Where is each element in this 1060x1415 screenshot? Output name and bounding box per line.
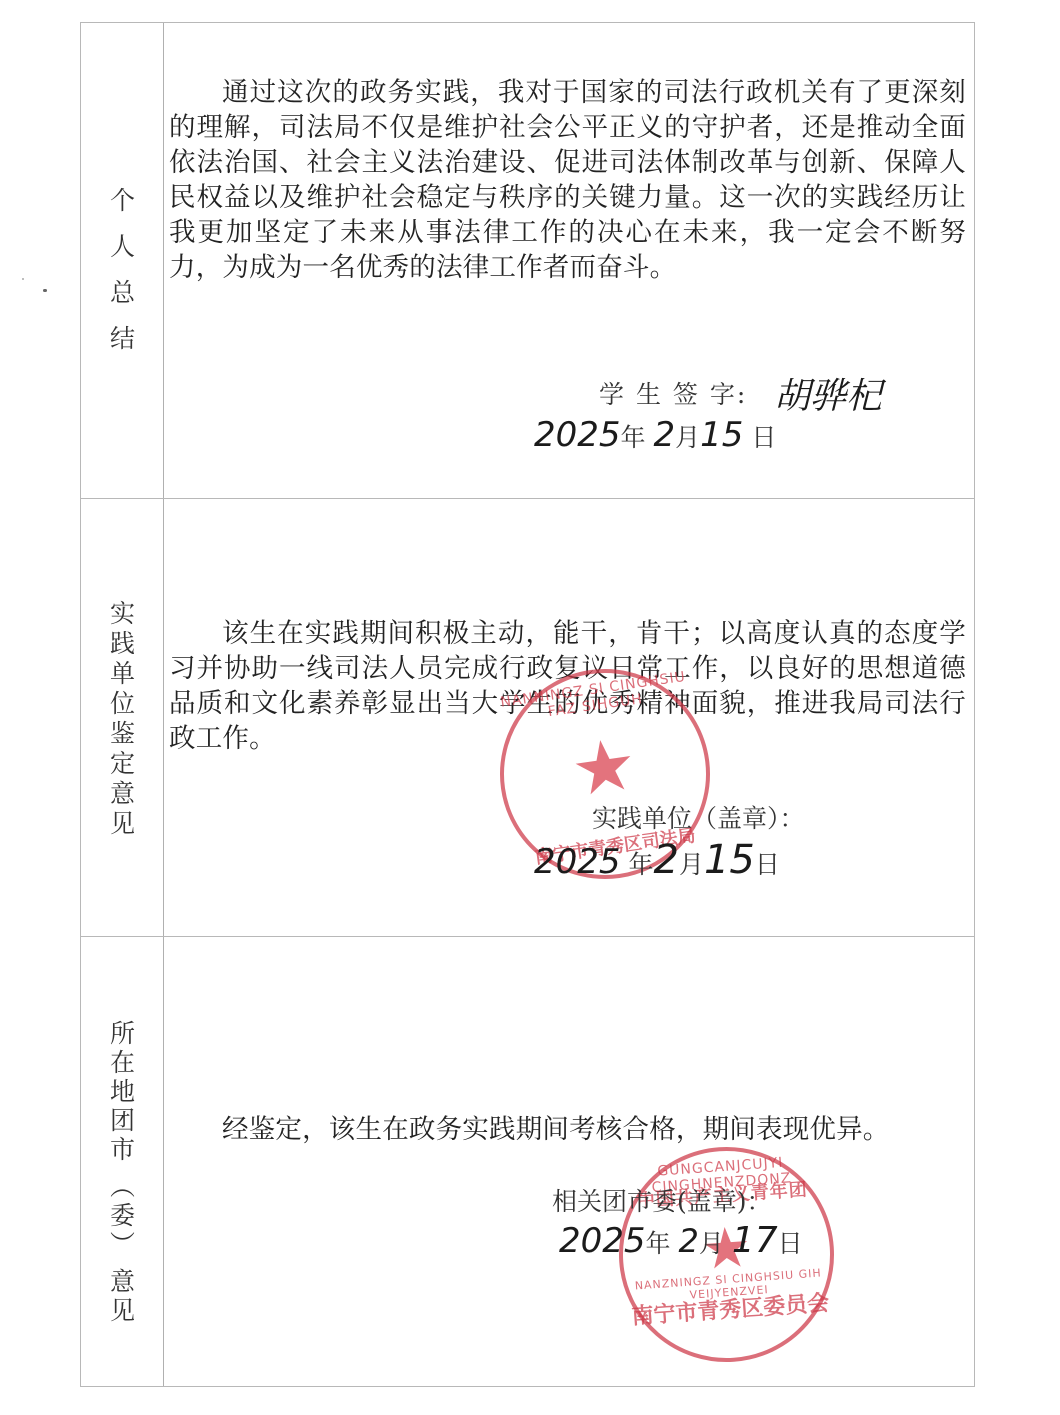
date-month: 2 [654, 415, 676, 455]
label-char: 在 [81, 1048, 164, 1077]
date-day: 15 [704, 837, 755, 883]
label-char: 市 [81, 1135, 164, 1164]
scan-speck [43, 289, 47, 292]
scan-speck [22, 278, 24, 280]
label-char: 团 [81, 1106, 164, 1135]
label-char: 个 [81, 178, 164, 224]
evaluation-form-table: 个 人 总 结 通过这次的政务实践，我对于国家的司法行政机关有了更深刻的理解，司… [80, 22, 975, 1387]
label-char: 单 [81, 659, 164, 689]
label-cell: 所 在 地 团 市 ︵ 委 ︶ 意 见 [81, 937, 164, 1386]
content-cell: 该生在实践期间积极主动，能干，肯干；以高度认真的态度学习并协助一线司法人员完成行… [164, 499, 974, 936]
label-char: ︶ [81, 1230, 164, 1259]
label-char: 践 [81, 629, 164, 659]
label-char: 人 [81, 224, 164, 270]
date-day-unit: 日 [778, 1229, 803, 1258]
section-personal-summary: 个 人 总 结 通过这次的政务实践，我对于国家的司法行政机关有了更深刻的理解，司… [81, 23, 974, 498]
label-char: 所 [81, 1019, 164, 1048]
youth-league-opinion-text: 经鉴定，该生在政务实践期间考核合格，期间表现优异。 [222, 1112, 966, 1147]
date-year-unit: 年 [621, 423, 646, 452]
label-char: 结 [81, 316, 164, 362]
section-label-youth-league: 所 在 地 团 市 ︵ 委 ︶ 意 见 [81, 1019, 164, 1325]
label-char: 委 [81, 1201, 164, 1230]
date-month: 2 [654, 837, 679, 883]
label-char: 鉴 [81, 719, 164, 749]
date-day: 15 [700, 415, 743, 455]
date-day-unit: 日 [755, 850, 780, 879]
date-year-unit: 年 [628, 850, 653, 879]
date-year-unit: 年 [646, 1229, 671, 1258]
label-char: 位 [81, 689, 164, 719]
label-char: 意 [81, 1267, 164, 1296]
label-char: 见 [81, 809, 164, 839]
student-signature-label: 学 生 签 字: [599, 375, 747, 411]
content-cell: 经鉴定，该生在政务实践期间考核合格，期间表现优异。 GUNGCANJCUJYI … [164, 937, 974, 1386]
label-char: 地 [81, 1077, 164, 1106]
label-char: 总 [81, 270, 164, 316]
date-year: 2025 [559, 1221, 646, 1261]
label-cell: 个 人 总 结 [81, 23, 164, 498]
date-month-unit: 月 [675, 423, 700, 452]
section-practice-unit-opinion: 实 践 单 位 鉴 定 意 见 该生在实践期间积极主动，能干，肯干；以高度认真的… [81, 498, 974, 936]
label-cell: 实 践 单 位 鉴 定 意 见 [81, 499, 164, 936]
date-year: 2025 [534, 415, 621, 455]
practice-unit-stamp-label: 实践单位（盖章）： [592, 799, 805, 835]
student-signature: 胡骅杞 [774, 368, 882, 419]
date-practice-unit: 2025 年2月15日 [534, 837, 780, 883]
label-char: ︵ [81, 1172, 164, 1201]
personal-summary-text: 通过这次的政务实践，我对于国家的司法行政机关有了更深刻的理解，司法局不仅是维护社… [169, 75, 966, 285]
date-day-unit: 日 [751, 423, 776, 452]
label-char: 意 [81, 779, 164, 809]
content-cell: 通过这次的政务实践，我对于国家的司法行政机关有了更深刻的理解，司法局不仅是维护社… [164, 23, 974, 498]
date-month: 2 [679, 1222, 699, 1260]
youth-league-stamp-label: 相关团市委(盖章)： [552, 1182, 772, 1218]
section-label-practice-unit: 实 践 单 位 鉴 定 意 见 [81, 599, 164, 839]
label-char: 见 [81, 1296, 164, 1325]
date-youth-league: 2025年 2月 17日 [559, 1220, 803, 1261]
section-youth-league-opinion: 所 在 地 团 市 ︵ 委 ︶ 意 见 经鉴定，该生在政务实践期间考核合格，期间… [81, 936, 974, 1386]
date-month-unit: 月 [699, 1229, 724, 1258]
label-char: 实 [81, 599, 164, 629]
date-day: 17 [732, 1220, 778, 1261]
label-char: 定 [81, 749, 164, 779]
section-label-personal-summary: 个 人 总 结 [81, 178, 164, 362]
star-icon: ★ [567, 727, 641, 807]
date-month-unit: 月 [679, 850, 704, 879]
date-personal-summary: 2025年 2月15 日 [534, 415, 776, 455]
date-year: 2025 [534, 842, 621, 882]
